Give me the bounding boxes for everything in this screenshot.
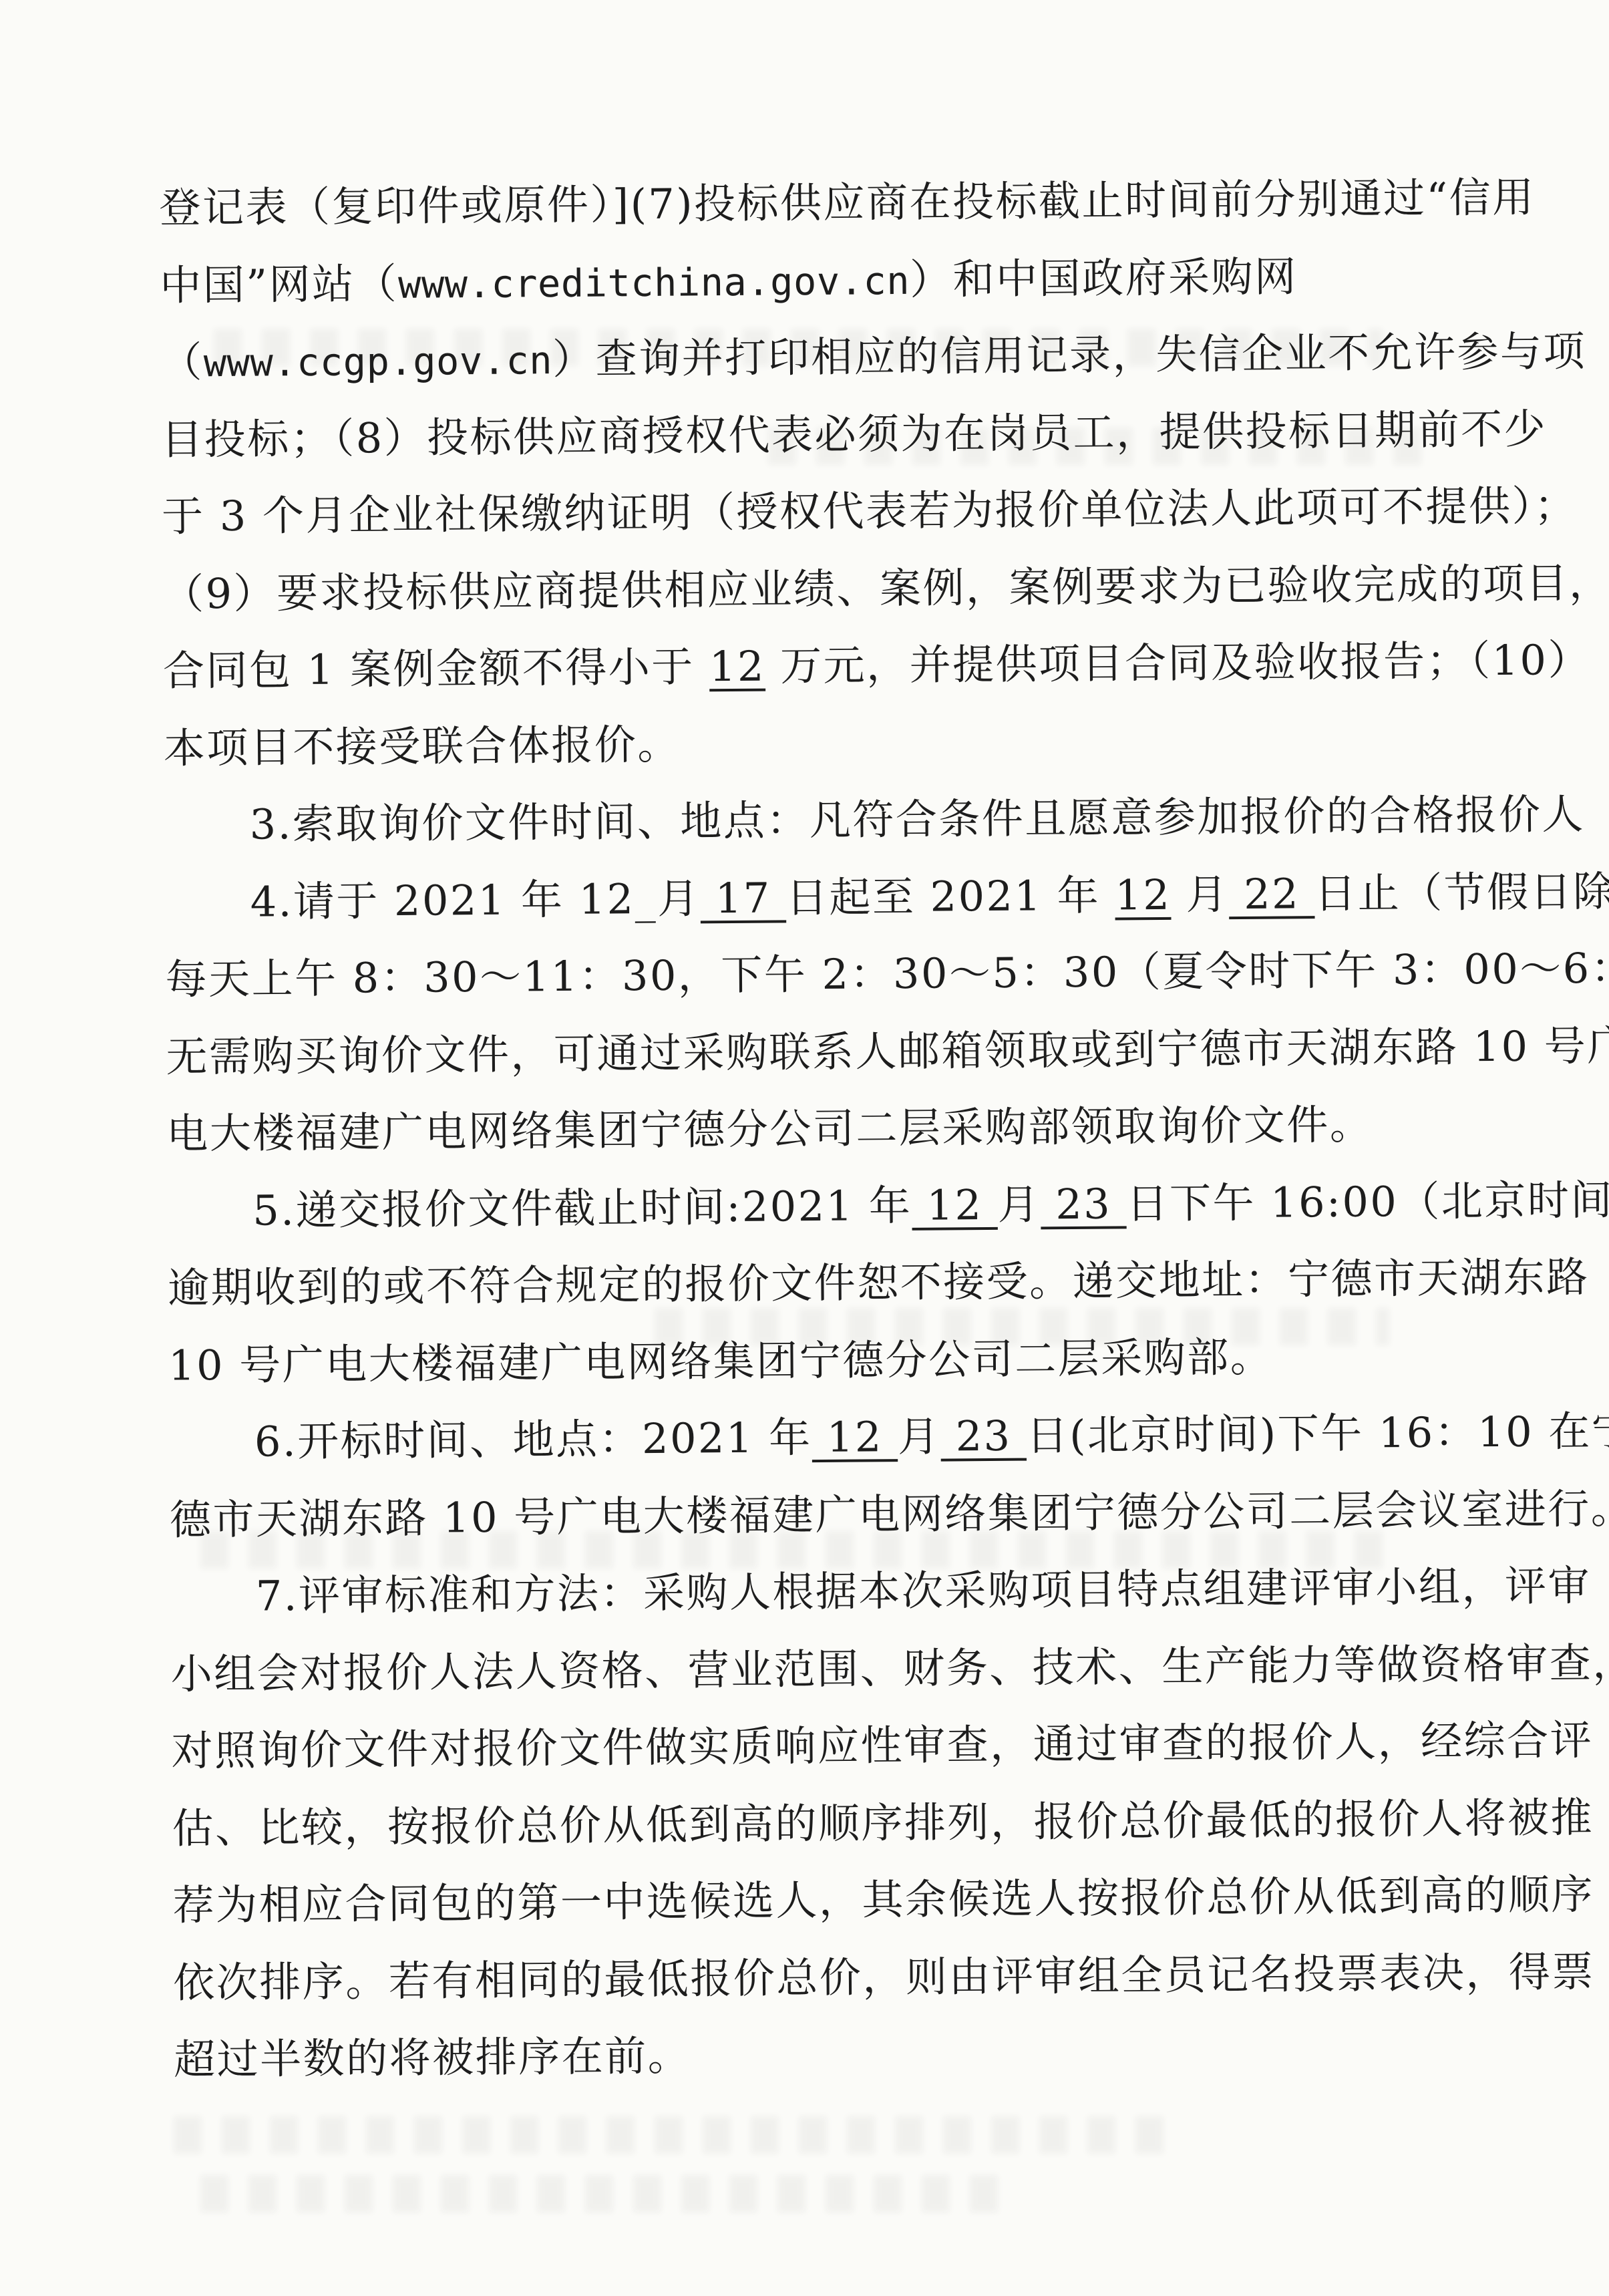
text-line: 7.评审标准和方法：采购人根据本次采购项目特点组建评审小组，评审 <box>170 1548 1483 1635</box>
text-segment: ）和中国政府采购网 <box>910 252 1298 304</box>
text-line: （9）要求投标供应商提供相应业绩、案例，案例要求为已验收完成的项目， <box>162 545 1475 633</box>
url-text: www.creditchina.gov.cn <box>398 259 910 307</box>
text-segment: 每天上午 8：30～11：30，下午 2：30～5：30（夏令时下午 3：00～… <box>165 943 1609 1004</box>
text-line: 3.索取询价文件时间、地点：凡符合条件且愿意参加报价的合格报价人 <box>164 776 1477 864</box>
text-line: 合同包 1 案例金额不得小于 12 万元，并提供项目合同及验收报告；（10） <box>162 622 1475 709</box>
text-line: 5.递交报价文件截止时间:2021 年 12 月 23 日下午 16:00（北京… <box>167 1162 1480 1250</box>
text-line: 中国”网站（www.creditchina.gov.cn）和中国政府采购网 <box>160 236 1473 324</box>
text-segment: 本项目不接受联合体报价。 <box>164 719 681 772</box>
text-line: 6.开标时间、地点：2021 年 12 月 23 日(北京时间)下午 16：10… <box>169 1393 1482 1481</box>
bleed-through-artifact <box>174 2116 1176 2154</box>
text-line: 无需购买询价文件，可通过采购联系人邮箱领取或到宁德市天湖东路 10 号广 <box>166 1008 1479 1096</box>
underlined-value: 22 <box>1229 869 1315 919</box>
text-segment: 登记表（复印件或原件）](7)投标供应商在投标截止时间前分别通过“信用 <box>159 173 1536 232</box>
text-segment: （9）要求投标供应商提供相应业绩、案例，案例要求为已验收完成的项目， <box>162 558 1609 618</box>
text-segment: 月 <box>898 1412 941 1462</box>
text-line: 德市天湖东路 10 号广电大楼福建广电网络集团宁德分公司二层会议室进行。 <box>169 1471 1482 1559</box>
underlined-value: 12 <box>709 642 765 691</box>
text-line: 目投标；（8）投标供应商授权代表必须为在岗员工，提供投标日期前不少 <box>161 391 1474 478</box>
text-segment: 对照询价文件对报价文件做实质响应性审查，通过审查的报价人，经综合评 <box>171 1715 1593 1776</box>
scanned-page: 登记表（复印件或原件）](7)投标供应商在投标截止时间前分别通过“信用中国”网站… <box>0 0 1609 2296</box>
text-line: 本项目不接受联合体报价。 <box>163 699 1476 787</box>
text-segment: 超过半数的将被排序在前。 <box>174 2031 691 2084</box>
text-segment: 日止（节假日除外）， <box>1314 866 1609 918</box>
underlined-value: 12 <box>1115 870 1171 919</box>
text-segment: 依次排序。若有相同的最低报价总价，则由评审组全员记名投票表决，得票 <box>173 1947 1595 2007</box>
text-segment: 无需购买询价文件，可通过采购联系人邮箱领取或到宁德市天湖东路 10 号广 <box>166 1021 1609 1081</box>
bleed-through-artifact <box>200 2175 1002 2212</box>
text-line: 小组会对报价人法人资格、营业范围、财务、技术、生产能力等做资格审查， <box>170 1625 1483 1713</box>
text-line: 逾期收到的或不符合规定的报价文件恕不接受。递交地址：宁德市天湖东路 <box>168 1239 1481 1327</box>
text-line: （www.ccgp.gov.cn）查询并打印相应的信用记录，失信企业不允许参与项 <box>160 313 1473 401</box>
text-segment: 3.索取询价文件时间、地点：凡符合条件且愿意参加报价的合格报价人 <box>249 790 1585 849</box>
text-segment: 中国”网站（ <box>160 259 398 309</box>
text-line: 超过半数的将被排序在前。 <box>174 2011 1487 2098</box>
text-segment: 估、比较，按报价总价从低到高的顺序排列，报价总价最低的报价人将被推 <box>172 1792 1594 1852</box>
text-line: 电大楼福建广电网络集团宁德分公司二层采购部领取询价文件。 <box>166 1085 1479 1172</box>
document-text: 登记表（复印件或原件）](7)投标供应商在投标截止时间前分别通过“信用中国”网站… <box>159 159 1487 2098</box>
text-segment: 10 号广电大楼福建广电网络集团宁德分公司二层采购部。 <box>168 1332 1274 1389</box>
underlined-value: 23 <box>940 1412 1027 1461</box>
text-segment: _ <box>635 874 657 923</box>
text-segment: 4.请于 2021 年 12 <box>250 874 635 927</box>
text-segment: 7.评审标准和方法：采购人根据本次采购项目特点组建评审小组，评审 <box>256 1561 1592 1621</box>
text-segment: 小组会对报价人法人资格、营业范围、财务、技术、生产能力等做资格审查， <box>170 1638 1609 1698</box>
text-segment: 月 <box>997 1180 1041 1229</box>
text-line: 荐为相应合同包的第一中选候选人，其余候选人按报价总价从低到高的顺序 <box>172 1856 1485 1944</box>
text-line: 4.请于 2021 年 12_月 17 日起至 2021 年 12 月 22 日… <box>164 854 1477 941</box>
underlined-value: 12 <box>912 1180 998 1229</box>
text-line: 估、比较，按报价总价从低到高的顺序排列，报价总价最低的报价人将被推 <box>172 1780 1485 1867</box>
text-segment: ）查询并打印相应的信用记录，失信企业不允许参与项 <box>552 327 1587 383</box>
text-segment: 合同包 1 案例金额不得小于 <box>163 642 710 695</box>
text-segment: 逾期收到的或不符合规定的报价文件恕不接受。递交地址：宁德市天湖东路 <box>168 1253 1590 1313</box>
text-segment: 月 <box>657 874 701 923</box>
text-segment: 5.递交报价文件截止时间:2021 年 <box>252 1180 912 1235</box>
text-segment: 电大楼福建广电网络集团宁德分公司二层采购部领取询价文件。 <box>166 1100 1373 1158</box>
url-text: www.ccgp.gov.cn <box>204 339 553 385</box>
text-segment: 目投标；（8）投标供应商授权代表必须为在岗员工，提供投标日期前不少 <box>161 404 1547 464</box>
underlined-value: 23 <box>1041 1179 1127 1228</box>
text-segment: （ <box>160 337 204 387</box>
text-segment: 日(北京时间)下午 16：10 在宁 <box>1026 1406 1609 1460</box>
text-line: 每天上午 8：30～11：30，下午 2：30～5：30（夏令时下午 3：00～… <box>165 931 1478 1018</box>
text-segment: 日下午 16:00（北京时间）， <box>1126 1174 1609 1227</box>
text-segment: 德市天湖东路 10 号广电大楼福建广电网络集团宁德分公司二层会议室进行。 <box>170 1484 1609 1544</box>
text-line: 对照询价文件对报价文件做实质响应性审查，通过审查的报价人，经综合评 <box>171 1702 1484 1790</box>
text-line: 于 3 个月企业社保缴纳证明（授权代表若为报价单位法人此项可不提供）； <box>162 468 1475 555</box>
text-segment: 6.开标时间、地点：2021 年 <box>254 1413 812 1466</box>
text-segment: 月 <box>1171 870 1229 919</box>
text-segment: 于 3 个月企业社保缴纳证明（授权代表若为报价单位法人此项可不提供）； <box>162 481 1578 541</box>
text-segment: 荐为相应合同包的第一中选候选人，其余候选人按报价总价从低到高的顺序 <box>172 1870 1594 1930</box>
text-segment: 日起至 2021 年 <box>786 870 1115 922</box>
text-line: 10 号广电大楼福建广电网络集团宁德分公司二层采购部。 <box>168 1317 1481 1404</box>
underlined-value: 17 <box>700 873 786 923</box>
text-segment: 万元，并提供项目合同及验收报告；（10） <box>765 635 1592 691</box>
text-line: 依次排序。若有相同的最低报价总价，则由评审组全员记名投票表决，得票 <box>173 1934 1486 2021</box>
text-line: 登记表（复印件或原件）](7)投标供应商在投标截止时间前分别通过“信用 <box>159 159 1472 247</box>
underlined-value: 12 <box>812 1412 898 1462</box>
